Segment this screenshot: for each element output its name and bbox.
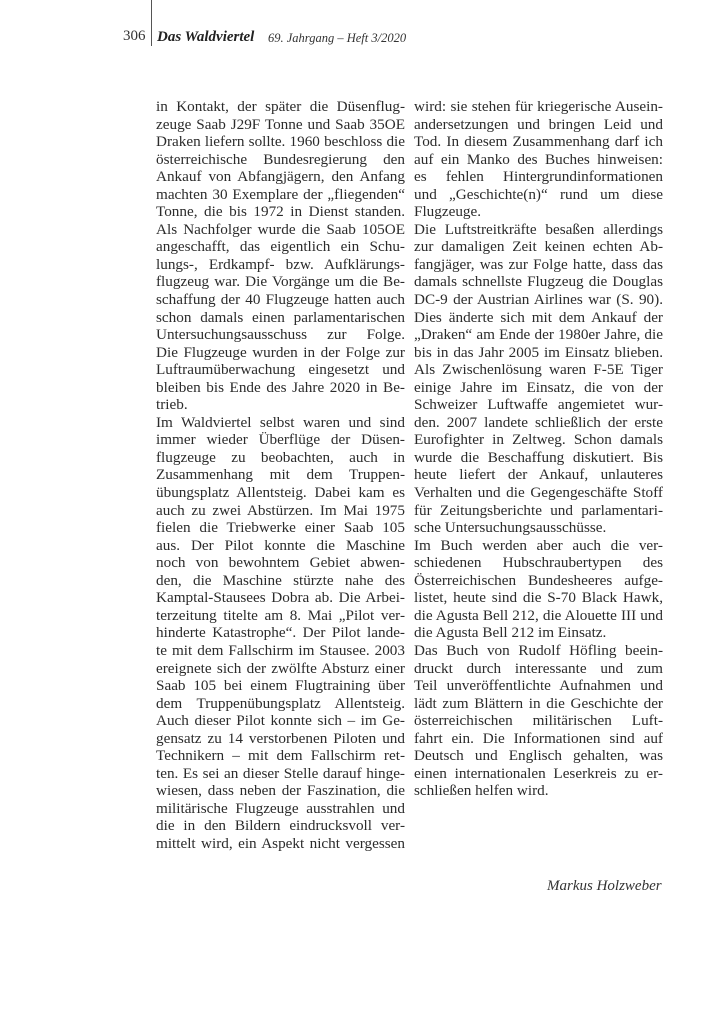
text-line: Dies änderte sich mit dem Ankauf der (414, 309, 663, 327)
page-number: 306 (123, 28, 149, 45)
text-line: trieb. (156, 396, 405, 414)
author-signature: Markus Holzweber (547, 878, 662, 895)
text-line: auf ein Manko des Buches hinweisen: (414, 151, 663, 169)
text-line: auch zu zwei Abstürzen. Im Mai 1975 (156, 502, 405, 520)
text-line: hinderte Katastrophe“. Der Pilot lande- (156, 624, 405, 642)
left-text-column: in Kontakt, der später die Düsenflug-zeu… (156, 98, 405, 853)
text-line: andersetzungen und bringen Leid und (414, 116, 663, 134)
text-line: schließen helfen wird. (414, 782, 663, 800)
text-line: gensatz zu 14 verstorbenen Piloten und (156, 730, 405, 748)
text-line: Saab 105 bei einem Flugtraining über (156, 677, 405, 695)
text-line: fangjäger, was zur Folge hatte, dass das (414, 256, 663, 274)
text-line: Die Luftstreitkräfte besaßen allerdings (414, 221, 663, 239)
text-line: die Agusta Bell 212, die Alouette III un… (414, 607, 663, 625)
text-line: Im Waldviertel selbst waren und sind (156, 414, 405, 432)
text-line: Tod. In diesem Zusammenhang darf ich (414, 133, 663, 151)
text-line: sche Untersuchungsausschüsse. (414, 519, 663, 537)
text-line: machten 30 Exemplare der „fliegenden“ (156, 186, 405, 204)
text-line: flugzeug war. Die Vorgänge um die Be- (156, 273, 405, 291)
text-line: Deutsch und Englisch gehalten, was (414, 747, 663, 765)
text-line: druckt durch interessante und zum (414, 660, 663, 678)
text-line: wurde die Beschaffung diskutiert. Bis (414, 449, 663, 467)
text-line: Luftraumüberwachung eingesetzt und (156, 361, 405, 379)
issue-info: 69. Jahrgang – Heft 3/2020 (268, 31, 406, 46)
text-line: Ankauf von Abfangjägern, den Anfang (156, 168, 405, 186)
header-left: 306 (123, 28, 149, 48)
text-line: fahrt ein. Die Informationen sind auf (414, 730, 663, 748)
text-line: schaffung der 40 Flugzeuge hatten auch (156, 291, 405, 309)
text-line: dem Truppenübungsplatz Allentsteig. (156, 695, 405, 713)
right-text-column: wird: sie stehen für kriegerische Ausein… (414, 98, 663, 800)
text-line: die Agusta Bell 212 im Einsatz. (414, 624, 663, 642)
text-line: Zusammenhang mit dem Truppen- (156, 466, 405, 484)
header-divider (151, 0, 152, 46)
text-line: wird: sie stehen für kriegerische Ausein… (414, 98, 663, 116)
text-line: Österreichischen Bundesheeres aufge- (414, 572, 663, 590)
text-line: immer wieder Überflüge der Düsen- (156, 431, 405, 449)
text-line: Im Buch werden aber auch die ver- (414, 537, 663, 555)
text-line: übungsplatz Allentsteig. Dabei kam es (156, 484, 405, 502)
text-line: ten. Es sei an dieser Stelle darauf hing… (156, 765, 405, 783)
text-line: militärische Flugzeuge ausstrahlen und (156, 800, 405, 818)
text-line: Die Flugzeuge wurden in der Folge zur (156, 344, 405, 362)
text-line: zeuge Saab J29F Tonne und Saab 35OE (156, 116, 405, 134)
text-line: „Draken“ am Ende der 1980er Jahre, die (414, 326, 663, 344)
text-line: angeschafft, das eigentlich ein Schu- (156, 238, 405, 256)
text-line: wiesen, dass neben der Faszination, die (156, 782, 405, 800)
text-line: Als Zwischenlösung waren F-5E Tiger (414, 361, 663, 379)
text-line: noch von bewohntem Gebiet abwen- (156, 554, 405, 572)
text-line: Schweizer Luftwaffe angemietet wur- (414, 396, 663, 414)
text-line: listet, heute sind die S-70 Black Hawk, (414, 589, 663, 607)
text-line: bleiben bis Ende des Jahre 2020 in Be- (156, 379, 405, 397)
text-line: es fehlen Hintergrundinformationen (414, 168, 663, 186)
text-line: und „Geschichte(n)“ rund um diese (414, 186, 663, 204)
text-line: terzeitung titelte am 8. Mai „Pilot ver- (156, 607, 405, 625)
text-line: schiedenen Hubschraubertypen des (414, 554, 663, 572)
text-line: Als Nachfolger wurde die Saab 105OE (156, 221, 405, 239)
text-line: einige Jahre im Einsatz, die von der (414, 379, 663, 397)
text-line: lungs-, Erdkampf- bzw. Aufklärungs- (156, 256, 405, 274)
text-line: einen internationalen Leserkreis zu er- (414, 765, 663, 783)
text-line: ereignete sich der zwölfte Absturz einer (156, 660, 405, 678)
text-line: aus. Der Pilot konnte die Maschine (156, 537, 405, 555)
text-line: Auch dieser Pilot konnte sich – im Ge- (156, 712, 405, 730)
text-line: Teil unveröffentlichte Aufnahmen und (414, 677, 663, 695)
text-line: österreichischen militärischen Luft- (414, 712, 663, 730)
text-line: DC-9 der Austrian Airlines war (S. 90). (414, 291, 663, 309)
text-line: lädt zum Blättern in die Geschichte der (414, 695, 663, 713)
text-line: für Zeitungsberichte und parlamentari- (414, 502, 663, 520)
text-line: Eurofighter in Zeltweg. Schon damals (414, 431, 663, 449)
text-line: den. 2007 landete schließlich der erste (414, 414, 663, 432)
text-line: Tonne, die bis 1972 in Dienst standen. (156, 203, 405, 221)
text-line: fielen die Triebwerke einer Saab 105 (156, 519, 405, 537)
text-line: Das Buch von Rudolf Höfling beein- (414, 642, 663, 660)
text-line: heute liefert der Ankauf, unlauteres (414, 466, 663, 484)
text-line: Kamptal-Stausees Dobra ab. Die Arbei- (156, 589, 405, 607)
text-line: damals schnellste Flugzeug die Douglas (414, 273, 663, 291)
text-line: österreichische Bundesregierung den (156, 151, 405, 169)
text-line: Flugzeuge. (414, 203, 663, 221)
text-line: den, die Maschine stürzte nahe des (156, 572, 405, 590)
text-line: in Kontakt, der später die Düsenflug- (156, 98, 405, 116)
text-line: Draken liefern sollte. 1960 beschloss di… (156, 133, 405, 151)
text-line: bis in das Jahr 2005 im Einsatz blieben. (414, 344, 663, 362)
text-line: schon damals einen parlamentarischen (156, 309, 405, 327)
journal-title: Das Waldviertel (157, 29, 254, 46)
text-line: Technikern – mit dem Fallschirm ret- (156, 747, 405, 765)
text-line: Untersuchungsausschuss zur Folge. (156, 326, 405, 344)
text-line: die in den Bildern eindrucksvoll ver- (156, 817, 405, 835)
text-line: Verhalten und die Gegengeschäfte Stoff (414, 484, 663, 502)
text-line: flugzeuge zu beobachten, auch in (156, 449, 405, 467)
text-line: te mit dem Fallschirm im Stausee. 2003 (156, 642, 405, 660)
text-line: zur damaligen Zeit keinen echten Ab- (414, 238, 663, 256)
text-line: mittelt wird, ein Aspekt nicht vergessen (156, 835, 405, 853)
